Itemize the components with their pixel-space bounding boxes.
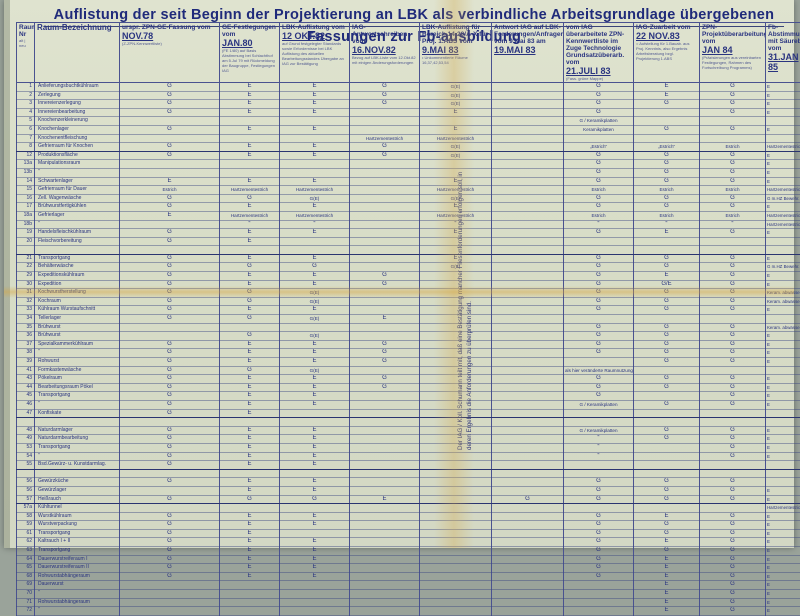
table-row: 39RohwurstGEEGGGE39	[17, 358, 800, 367]
finish-cell: G	[634, 400, 700, 409]
finish-cell	[492, 512, 564, 521]
finish-cell: G	[120, 400, 220, 409]
finish-cell: E	[280, 486, 350, 495]
finish-cell	[492, 211, 564, 220]
room-name: Gefrierraum für Dauer	[35, 186, 120, 195]
table-row: 1AnlieferungsbuchtkühlraumGEEGG(E)GEGEGu…	[17, 83, 800, 92]
finish-cell: G	[700, 272, 766, 281]
table-row: 21TransportgangGEEEGGGE21	[17, 254, 800, 263]
finish-cell: E	[220, 461, 280, 470]
finish-cell: G	[120, 529, 220, 538]
finish-cell	[420, 461, 492, 470]
finish-cell: G	[220, 289, 280, 298]
table-row: 57HeißrauchGGGEGGGGE57	[17, 495, 800, 504]
finish-cell: E	[220, 143, 280, 152]
room-number: 54	[17, 452, 35, 461]
finish-cell: G / Keramikplatten	[564, 400, 634, 409]
finish-cell	[120, 168, 220, 177]
finish-cell: G	[700, 349, 766, 358]
finish-cell: Hartzementestrich	[766, 504, 800, 513]
finish-cell: E	[220, 254, 280, 263]
room-name: Bearbeitungsraum Pökel	[35, 383, 120, 392]
finish-cell: G	[220, 263, 280, 272]
finish-cell	[350, 323, 420, 332]
finish-cell: G	[120, 452, 220, 461]
finish-cell: E	[280, 177, 350, 186]
finish-cell	[700, 134, 766, 143]
finish-cell	[280, 529, 350, 538]
finish-cell	[700, 366, 766, 375]
table-row: 15Gefrierraum für DauerEstrichHartzement…	[17, 186, 800, 195]
room-number: 57a	[17, 504, 35, 513]
finish-cell	[350, 366, 420, 375]
finish-cell: „Estrich“	[634, 143, 700, 152]
finish-cell	[350, 392, 420, 401]
finish-cell: G	[564, 108, 634, 117]
finish-cell: E	[220, 452, 280, 461]
finish-cell: E	[220, 383, 280, 392]
finish-cell	[350, 461, 420, 470]
finish-cell	[634, 504, 700, 513]
finish-cell: Hartzementestrich	[766, 143, 800, 152]
finish-cell: E	[220, 349, 280, 358]
finish-cell: E	[634, 83, 700, 92]
finish-cell: Hartzementestrich	[766, 211, 800, 220]
finish-cell	[634, 246, 700, 255]
room-name: Innereienbearbeitung	[35, 108, 120, 117]
room-number: 61	[17, 529, 35, 538]
table-row: 8Gefrierraum für KnochenGEEGG(E)„Estrich…	[17, 143, 800, 152]
finish-cell	[766, 117, 800, 126]
finish-cell: E	[280, 229, 350, 238]
finish-cell: E	[766, 452, 800, 461]
finish-cell: E	[766, 100, 800, 109]
table-row: 30ExpeditionGEEGGG/EGEGu 30/31	[17, 280, 800, 289]
finish-cell: G	[700, 547, 766, 550]
room-number: 13b	[17, 168, 35, 177]
room-number: 56	[17, 478, 35, 487]
finish-cell: E	[280, 452, 350, 461]
finish-cell: E	[766, 443, 800, 452]
finish-cell: G	[220, 495, 280, 504]
room-number: 19	[17, 229, 35, 238]
paper-edge-shadow	[4, 0, 10, 548]
finish-cell: G	[492, 495, 564, 504]
finish-cell: G	[700, 83, 766, 92]
room-number: 18a	[17, 211, 35, 220]
finish-cell: G	[634, 263, 700, 272]
finish-cell	[350, 263, 420, 272]
finish-cell: G	[564, 100, 634, 109]
finish-cell: E	[766, 529, 800, 538]
finish-cell: E	[280, 91, 350, 100]
finish-cell: E	[766, 400, 800, 409]
finish-cell: G	[700, 91, 766, 100]
finish-cell	[350, 297, 420, 306]
finish-cell: E	[420, 125, 492, 134]
finish-cell: G	[634, 254, 700, 263]
room-number: 59	[17, 521, 35, 530]
finish-cell	[492, 306, 564, 315]
finish-cell: E	[634, 229, 700, 238]
finish-cell: G / Keramikplatten	[564, 117, 634, 126]
room-number: 41	[17, 366, 35, 375]
finish-cell: G m.HZ Bewehr. + E	[766, 263, 800, 272]
table-row: 32KochraumGGG(E)GGGKeram. abwassert. Pla…	[17, 297, 800, 306]
finish-cell	[700, 117, 766, 126]
col-header-mai83: LBK-Auflistung für Bereich 14-20/A-X für…	[420, 23, 492, 83]
finish-cell	[280, 504, 350, 513]
finish-cell: G	[634, 375, 700, 384]
finish-cell: E	[280, 125, 350, 134]
finish-cell	[350, 435, 420, 444]
finish-cell	[420, 538, 492, 547]
finish-cell	[492, 452, 564, 461]
finish-cell	[350, 409, 420, 418]
finish-cell: G(E)	[420, 143, 492, 152]
finish-cell: G	[634, 297, 700, 306]
room-number: 13a	[17, 160, 35, 169]
finish-cell: G	[350, 349, 420, 358]
finish-cell	[766, 469, 800, 478]
finish-cell: E	[766, 547, 800, 550]
finish-cell: Estrich	[634, 211, 700, 220]
finish-cell	[280, 246, 350, 255]
room-name: “	[35, 452, 120, 461]
room-name: Gefrierraum für Knochen	[35, 143, 120, 152]
finish-cell: G	[120, 315, 220, 324]
finish-cell	[492, 349, 564, 358]
room-name	[35, 246, 120, 255]
finish-cell: G	[120, 521, 220, 530]
col-header-nov82: IAG-Antwortschreiben vom16.NOV.82Bezug a…	[350, 23, 420, 83]
finish-cell	[280, 160, 350, 169]
finish-cell: G	[120, 151, 220, 160]
table-row: 58WurstkühlraumGEEGEGE58	[17, 512, 800, 521]
room-number: 62	[17, 538, 35, 547]
finish-cell: Keram. abwassert. Platten	[766, 297, 800, 306]
finish-cell: G	[564, 194, 634, 203]
finish-cell: E	[280, 461, 350, 470]
finish-cell	[492, 229, 564, 238]
room-name: Zerlegung	[35, 91, 120, 100]
finish-cell	[766, 134, 800, 143]
finish-cell: G	[564, 392, 634, 401]
finish-cell: G	[350, 375, 420, 384]
finish-cell: E	[220, 125, 280, 134]
finish-cell	[280, 237, 350, 246]
finish-cell	[350, 289, 420, 298]
finish-cell: G	[564, 254, 634, 263]
finish-cell: E	[766, 306, 800, 315]
finish-cell: G	[700, 332, 766, 341]
finish-cell: G	[700, 229, 766, 238]
finish-cell: E	[220, 203, 280, 212]
room-name: Produktionsfläche	[35, 151, 120, 160]
room-number: 45	[17, 392, 35, 401]
room-name: Rohwurst	[35, 358, 120, 367]
table-row: 57aKühltunnelHartzementestrich57a	[17, 504, 800, 513]
finish-cell: G(E)	[420, 83, 492, 92]
table-row: 22BehälterwäscheGGGG(E)GGGG m.HZ Bewehr.…	[17, 263, 800, 272]
finish-cell: E	[766, 435, 800, 444]
room-number: 47	[17, 409, 35, 418]
finish-cell: G	[120, 254, 220, 263]
finish-cell	[564, 418, 634, 427]
table-row: 48NaturdarmlagerGEEG / KeramikplattenGGE…	[17, 426, 800, 435]
finish-cell	[634, 469, 700, 478]
table-row: 16Zell. WagenwäscheGGG(E)G(E)GGGG m.HZ B…	[17, 194, 800, 203]
finish-cell: G	[120, 100, 220, 109]
finish-cell: G	[120, 392, 220, 401]
finish-cell	[492, 478, 564, 487]
finish-cell: E	[280, 392, 350, 401]
table-row: 43PökelraumGEEGGGGEK+H 43/44	[17, 375, 800, 384]
finish-cell	[120, 469, 220, 478]
finish-cell: G	[634, 426, 700, 435]
finish-cell	[634, 315, 700, 324]
finish-cell: Estrich	[564, 186, 634, 195]
room-name: Brühwurstfertigkühlen	[35, 203, 120, 212]
finish-cell	[350, 538, 420, 547]
room-name: Brühwurst	[35, 323, 120, 332]
finish-cell: E	[220, 521, 280, 530]
finish-cell	[420, 478, 492, 487]
room-name: Transportgang	[35, 529, 120, 538]
finish-cell: G	[634, 194, 700, 203]
table-row: 17BrühwurstfertigkühlenGEEEGGGE17	[17, 203, 800, 212]
finish-cell	[350, 160, 420, 169]
finish-cell: E	[766, 426, 800, 435]
table-body: 1AnlieferungsbuchtkühlraumGEEGG(E)GEGEGu…	[17, 83, 800, 551]
finish-cell: G	[634, 160, 700, 169]
room-number: 57	[17, 495, 35, 504]
finish-cell: E	[634, 512, 700, 521]
table-row: 61TransportgangGEGGGE61	[17, 529, 800, 538]
finish-cell: E	[120, 177, 220, 186]
finish-cell: G	[120, 143, 220, 152]
finish-cell	[492, 461, 564, 470]
room-number: 38	[17, 349, 35, 358]
room-number	[17, 418, 35, 427]
room-name: Transportgang	[35, 392, 120, 401]
finish-cell: G	[120, 229, 220, 238]
finish-cell: G	[700, 151, 766, 160]
finish-cell	[564, 246, 634, 255]
room-number: 15	[17, 186, 35, 195]
finish-cell: G	[634, 495, 700, 504]
finish-cell: “	[280, 220, 350, 229]
finish-cell	[120, 323, 220, 332]
finish-cell: G	[700, 426, 766, 435]
finish-cell	[350, 168, 420, 177]
room-name: Tellerlager	[35, 315, 120, 324]
table-row: 5KnochenzerkleinerungG / Keramikplatten4	[17, 117, 800, 126]
table-row: 44Bearbeitungsraum PökelGEEGGGGEK+H 44/4…	[17, 383, 800, 392]
finish-cell: G	[120, 108, 220, 117]
finish-cell: G	[700, 443, 766, 452]
finish-cell: G	[700, 529, 766, 538]
finish-cell: G(E)	[280, 366, 350, 375]
finish-cell: G	[120, 538, 220, 547]
finish-cell: G	[634, 486, 700, 495]
finish-cell: G	[700, 486, 766, 495]
finish-cell: E	[766, 254, 800, 263]
room-name	[35, 469, 120, 478]
table-row: 35BrühwurstGGGKeram. abwassert. Platten3…	[17, 323, 800, 332]
room-number	[17, 469, 35, 478]
room-number: 43	[17, 375, 35, 384]
finish-cell: G	[120, 435, 220, 444]
finish-cell: Hartzementestrich	[220, 186, 280, 195]
document-sheet: Auflistung der seit Beginn der Projektie…	[4, 0, 794, 548]
finish-cell	[280, 323, 350, 332]
finish-cell	[492, 332, 564, 341]
finish-cell	[492, 418, 564, 427]
finish-cell: G	[350, 340, 420, 349]
col-header-raum-bezeichnung: Raum-Bezeichnung	[35, 23, 120, 83]
finish-cell: G(E)	[280, 332, 350, 341]
table-row: 12ProduktionsflächeGEEGG(E)GGGEGu 12/14	[17, 151, 800, 160]
finish-cell: E	[280, 538, 350, 547]
finish-cell	[492, 443, 564, 452]
room-name: Konfiskate	[35, 409, 120, 418]
table-row: 2ZerlegungGEEGG(E)GEGEGu 2/2	[17, 91, 800, 100]
finish-cell	[492, 392, 564, 401]
finish-cell	[350, 418, 420, 427]
finish-cell: G	[700, 168, 766, 177]
room-name: Transportgang	[35, 254, 120, 263]
finish-cell	[766, 366, 800, 375]
room-name: Gefrierlager	[35, 211, 120, 220]
finish-cell	[700, 409, 766, 418]
finish-cell	[120, 486, 220, 495]
finish-cell: G	[220, 194, 280, 203]
finish-cell	[492, 160, 564, 169]
finish-cell: G	[120, 366, 220, 375]
finish-cell: “	[564, 443, 634, 452]
finish-cell: E	[220, 392, 280, 401]
room-name: Gewürzlager	[35, 486, 120, 495]
room-number: 46	[17, 400, 35, 409]
finish-cell: G	[700, 297, 766, 306]
finish-cell: E	[220, 426, 280, 435]
finish-cell	[634, 418, 700, 427]
finish-cell	[120, 160, 220, 169]
finish-cell: G	[700, 160, 766, 169]
table-row: 55Bsd.Gewürz- u. Kunstdarmlag.GEE55	[17, 461, 800, 470]
finish-cell: E	[766, 486, 800, 495]
table-row: 13b“GGGEGu 13b/14	[17, 168, 800, 177]
table-row: 34TellerlagerGGG(E)E34	[17, 315, 800, 324]
finish-cell	[492, 108, 564, 117]
room-number: 30	[17, 280, 35, 289]
finish-cell: G	[350, 383, 420, 392]
table-row: 37SpezialkammerkühlraumGEEGGGGE37/38	[17, 340, 800, 349]
finish-cell	[420, 117, 492, 126]
finish-cell: E	[220, 486, 280, 495]
finish-cell	[564, 237, 634, 246]
finish-cell: G	[120, 289, 220, 298]
room-number: 4	[17, 108, 35, 117]
room-name: Kühltunnel	[35, 504, 120, 513]
room-name: Schwartenlager	[35, 177, 120, 186]
finish-cell: G	[564, 289, 634, 298]
finish-cell	[220, 469, 280, 478]
finish-cell	[492, 375, 564, 384]
room-name: Fleischvorbereitung	[35, 237, 120, 246]
finish-cell: G	[120, 280, 220, 289]
finish-cell	[492, 366, 564, 375]
finish-cell	[350, 512, 420, 521]
table-row: 47KonfiskateGE47	[17, 409, 800, 418]
vertical-handwritten-note: Der IAG / Koll. Schumann teilt mit, daß …	[456, 170, 484, 450]
finish-cell: G	[564, 91, 634, 100]
table-row: 63TransportgangGEEGGGE63	[17, 547, 800, 550]
finish-cell	[220, 418, 280, 427]
table-row: 45TransportgangGEEGGE45	[17, 392, 800, 401]
finish-cell: E	[766, 151, 800, 160]
table-row: 29ExpeditionskühlraumGEEGGEGEGu 29/30	[17, 272, 800, 281]
room-number: 8	[17, 143, 35, 152]
finish-cell: Estrich	[120, 186, 220, 195]
finish-cell	[350, 521, 420, 530]
finish-cell: E	[220, 400, 280, 409]
finish-cell: G	[634, 125, 700, 134]
finish-cell: G	[564, 272, 634, 281]
finish-cell: Hartzementestrich	[766, 220, 800, 229]
room-number: 44	[17, 383, 35, 392]
finish-cell: G	[120, 358, 220, 367]
finish-cell: G	[120, 263, 220, 272]
room-number: 29	[17, 272, 35, 281]
finish-cell: G	[634, 203, 700, 212]
finish-cell	[492, 203, 564, 212]
finish-cell: G(E)	[420, 91, 492, 100]
finish-cell	[492, 409, 564, 418]
table-row: 41FormkastenwäscheGGG(E)als hier verände…	[17, 366, 800, 375]
finish-cell: G	[700, 435, 766, 444]
finish-cell: G	[120, 272, 220, 281]
finish-cell: G	[350, 358, 420, 367]
finish-cell: G	[700, 108, 766, 117]
room-name: Wurstverpackung	[35, 521, 120, 530]
finish-cell	[350, 443, 420, 452]
finish-cell: “	[564, 220, 634, 229]
finish-cell	[350, 229, 420, 238]
finish-cell	[492, 177, 564, 186]
room-name: “	[35, 400, 120, 409]
finish-cell	[220, 134, 280, 143]
finish-cell	[766, 461, 800, 470]
finish-cell	[120, 117, 220, 126]
finish-cell: G	[120, 495, 220, 504]
room-number: 33	[17, 306, 35, 315]
finish-cell: E	[766, 340, 800, 349]
finish-cell	[634, 409, 700, 418]
finish-cell: E	[220, 443, 280, 452]
finish-cell: G	[700, 340, 766, 349]
finish-cell	[492, 521, 564, 530]
finish-cell	[350, 186, 420, 195]
finish-cell: Hartzementestrich	[766, 186, 800, 195]
table-row: 19HandelsfleischkühlraumGEEEGEGEGu 19/20	[17, 229, 800, 238]
room-name: “	[35, 220, 120, 229]
finish-cell: G	[700, 478, 766, 487]
finish-cell: Hartzementestrich	[420, 134, 492, 143]
finish-cell: G	[634, 340, 700, 349]
finish-cell: G	[120, 194, 220, 203]
